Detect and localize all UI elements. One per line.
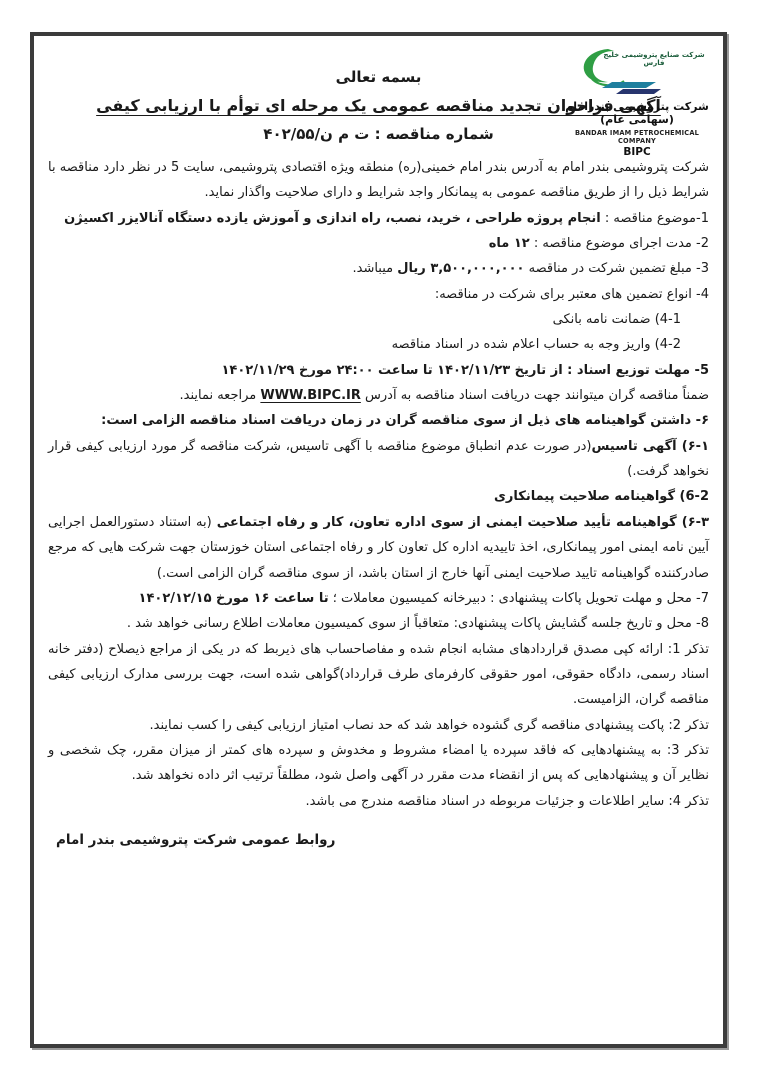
text-segment: ۶-۱) آگهی تاسیس: [592, 439, 709, 454]
text-segment: 4- انواع تضمین های معتبر برای شرکت در من…: [435, 287, 709, 302]
notice-body: شرکت پتروشیمی بندر امام به آدرس بندر اما…: [48, 155, 709, 814]
item-1-subject: 1-موضوع مناقصه : انجام پروژه طراحی ، خری…: [48, 206, 709, 231]
item-6-1-establishment-notice: ۶-۱) آگهی تاسیس(در صورت عدم انطباق موضوع…: [48, 434, 709, 485]
page-border: شرکت صنایع پتروشیمی خلیج فارس شرکت پتروش…: [30, 32, 727, 1048]
text-segment: مراجعه نمایند.: [179, 388, 260, 403]
text-segment: 5- مهلت توزیع اسناد : از تاریخ ۱۴۰۲/۱۱/۲…: [221, 363, 709, 378]
item-6-3-safety-qualification: ۶-۳) گواهینامه تأیید صلاحیت ایمنی از سوی…: [48, 510, 709, 586]
text-segment: ضمناً مناقصه گران میتوانند جهت دریافت اس…: [361, 388, 709, 403]
text-segment: شرکت پتروشیمی بندر امام به آدرس بندر اما…: [48, 160, 709, 200]
company-name-fa: شرکت پتروشیمی بندرامام (سهامی عام): [557, 100, 717, 126]
text-segment: ۶-۳) گواهینامه تأیید صلاحیت ایمنی از سوی…: [212, 515, 709, 530]
swirl-logo-icon: [562, 41, 712, 99]
text-segment: 1-موضوع مناقصه :: [601, 211, 709, 226]
note-2: تذکر 2: پاکت پیشنهادی مناقصه گری گشوده خ…: [48, 713, 709, 738]
note-3: تذکر 3: به پیشنهادهایی که فاقد سپرده یا …: [48, 738, 709, 789]
text-segment: تذکر 1: ارائه کپی مصدق قراردادهای مشابه …: [48, 642, 709, 708]
item-2-duration: 2- مدت اجرای موضوع مناقصه : ۱۲ ماه: [48, 231, 709, 256]
note-4: تذکر 4: سایر اطلاعات و جزئیات مربوطه در …: [48, 789, 709, 814]
website-link: WWW.BIPC.IR: [260, 388, 361, 403]
text-segment: تذکر 3: به پیشنهادهایی که فاقد سپرده یا …: [48, 743, 709, 783]
text-segment: انجام پروژه طراحی ، خرید، نصب، راه انداز…: [64, 211, 601, 226]
company-logo: شرکت صنایع پتروشیمی خلیج فارس شرکت پتروش…: [557, 41, 717, 158]
signature: روابط عمومی شرکت پتروشیمی بندر امام: [56, 832, 709, 848]
item-5-document-distribution: 5- مهلت توزیع اسناد : از تاریخ ۱۴۰۲/۱۱/۲…: [48, 358, 709, 383]
text-segment: ۳,۵۰۰,۰۰۰,۰۰۰ ریال: [397, 261, 524, 276]
intro-paragraph: شرکت پتروشیمی بندر امام به آدرس بندر اما…: [48, 155, 709, 206]
text-segment: 3- مبلغ تضمین شرکت در مناقصه: [525, 261, 710, 276]
item-7-envelope-delivery: 7- محل و مهلت تحویل پاکات پیشنهادی : دبی…: [48, 586, 709, 611]
item-6-certificates: ۶- داشتن گواهینامه های ذیل از سوی مناقصه…: [48, 408, 709, 433]
text-segment: میباشد.: [353, 261, 398, 276]
text-segment: تذکر 4: سایر اطلاعات و جزئیات مربوطه در …: [305, 794, 709, 809]
item-3-guarantee-amount: 3- مبلغ تضمین شرکت در مناقصه ۳,۵۰۰,۰۰۰,۰…: [48, 256, 709, 281]
holding-company-name: شرکت صنایع پتروشیمی خلیج فارس: [599, 51, 709, 68]
text-segment: تذکر 2: پاکت پیشنهادی مناقصه گری گشوده خ…: [150, 718, 709, 733]
text-segment: 2- مدت اجرای موضوع مناقصه :: [530, 236, 709, 251]
item-4-2-deposit: 4-2) واریز وجه به حساب اعلام شده در اسنا…: [48, 332, 709, 357]
item-6-2-contracting-qualification: 6-2) گواهینامه صلاحیت پیمانکاری: [48, 484, 709, 509]
text-segment: ۶- داشتن گواهینامه های ذیل از سوی مناقصه…: [101, 413, 709, 428]
logo-mark-icon: شرکت صنایع پتروشیمی خلیج فارس: [557, 41, 717, 99]
text-segment: 4-2) واریز وجه به حساب اعلام شده در اسنا…: [392, 337, 681, 352]
item-4-1-bank-guarantee: 4-1) ضمانت نامه بانکی: [48, 307, 709, 332]
text-segment: 8- محل و تاریخ جلسه گشایش پاکات پیشنهادی…: [127, 616, 709, 631]
note-1: تذکر 1: ارائه کپی مصدق قراردادهای مشابه …: [48, 637, 709, 713]
text-segment: تا ساعت ۱۶ مورخ ۱۴۰۲/۱۲/۱۵: [139, 591, 329, 606]
website-paragraph: ضمناً مناقصه گران میتوانند جهت دریافت اس…: [48, 383, 709, 408]
text-segment: 7- محل و مهلت تحویل پاکات پیشنهادی : دبی…: [329, 591, 709, 606]
text-segment: 6-2) گواهینامه صلاحیت پیمانکاری: [494, 489, 709, 504]
company-abbr: BIPC: [557, 146, 717, 158]
company-name-en: BANDAR IMAM PETROCHEMICAL COMPANY: [557, 129, 717, 145]
item-8-opening-session: 8- محل و تاریخ جلسه گشایش پاکات پیشنهادی…: [48, 611, 709, 636]
text-segment: ۱۲ ماه: [489, 236, 530, 251]
text-segment: 4-1) ضمانت نامه بانکی: [553, 312, 681, 327]
item-4-guarantee-types: 4- انواع تضمین های معتبر برای شرکت در من…: [48, 282, 709, 307]
